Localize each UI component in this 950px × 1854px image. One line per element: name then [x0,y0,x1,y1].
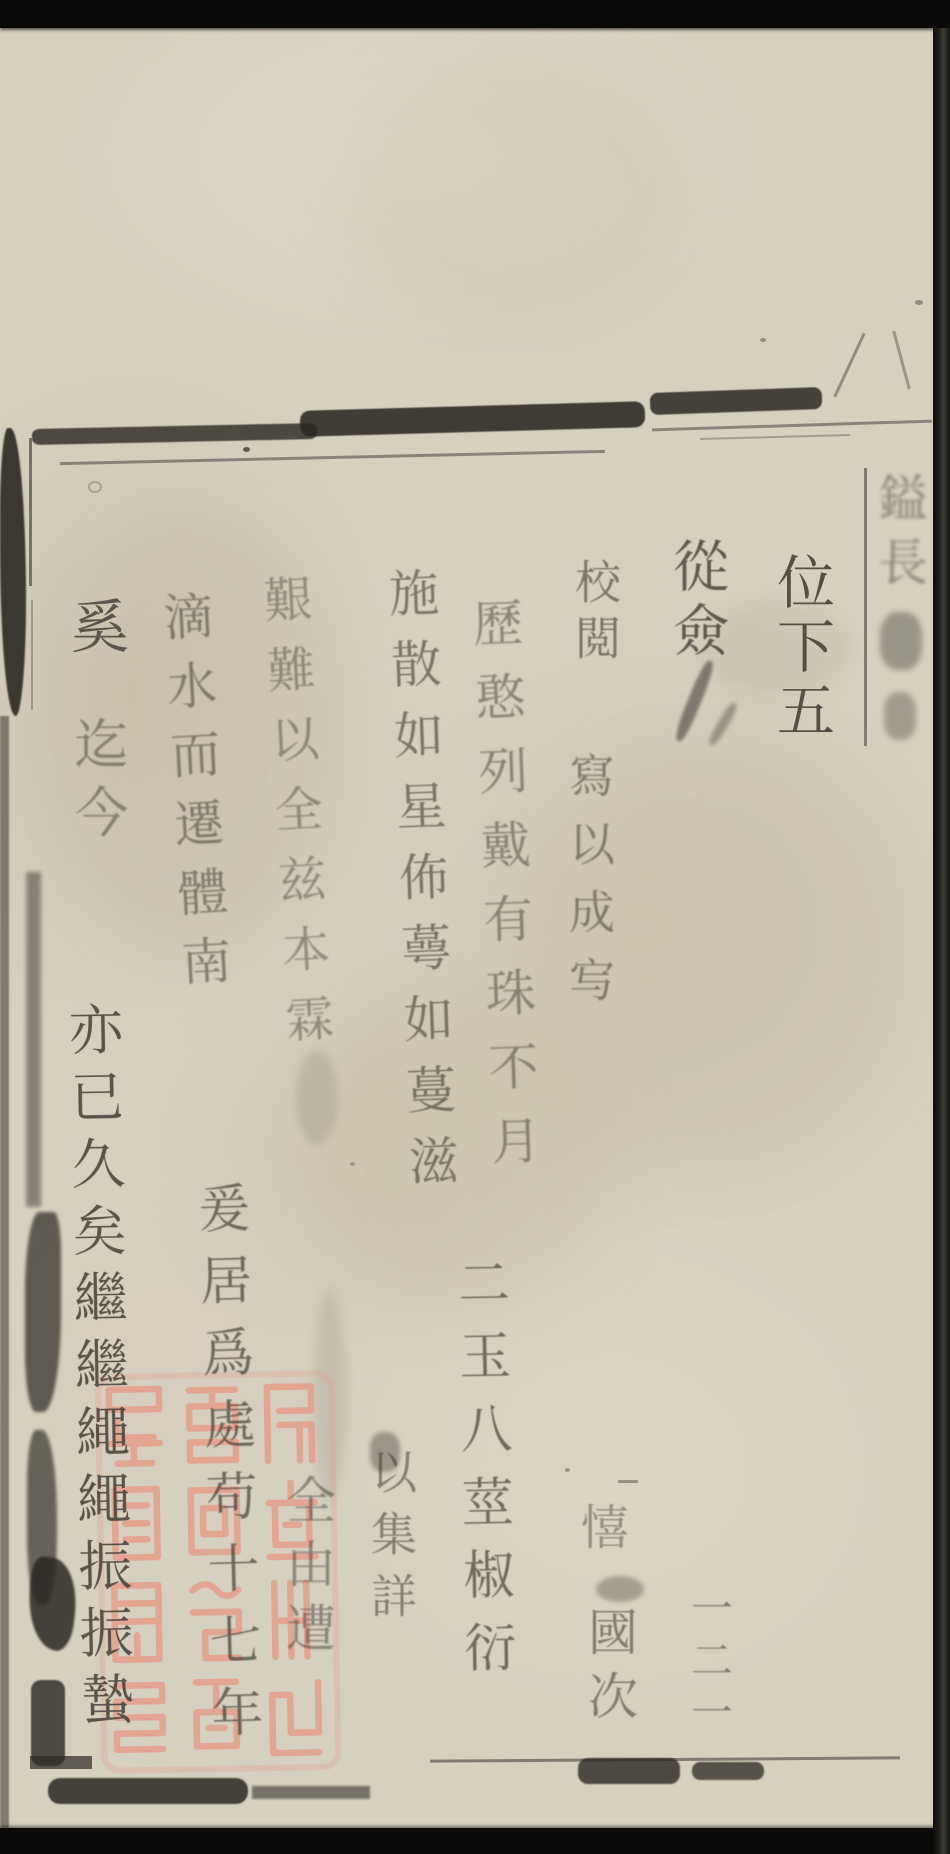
text-column-guo-ci: 國次 [584,1606,634,1734]
left-border-ink-smudge [26,872,41,1207]
text-column-yi-ji-xiang: 以集詳 [368,1448,414,1634]
ink-speck [565,1468,570,1472]
faded-character-smudge [596,1576,644,1602]
text-column-qi-jin: 迄今 [70,716,124,852]
left-border-ink-smudge [25,1212,61,1412]
bottom-border-ink-smudge [578,1758,680,1784]
text-column-quan-you-zao: 全由遭 [282,1474,332,1666]
left-frame-line [31,600,33,710]
bottom-border-ink-smudge [692,1762,764,1780]
left-corner-ink-blot [30,1756,92,1769]
left-corner-ink-blot [31,1680,65,1766]
ink-speck [350,1162,355,1166]
text-column-er-yu-ba-jing-jiao: 二玉八莖椒衍 [452,1255,512,1694]
page-number-column: 一二一 [688,1586,730,1742]
text-column-xie-yi-cheng: 寫以成㝍 [566,752,612,1024]
text-column-yuan-ju-wei-chu: 爰居爲處苟十七年 [192,1181,259,1758]
tiny-dash-mark [618,1480,638,1483]
scanned-page-photo: 鎰長 位下五 從僉 校閲 寫以成㝍 歷憨列戴有珠不月 二玉八莖椒衍 施散如星佈蕚… [0,0,950,1854]
ink-speck [760,338,766,342]
bottom-border-ink-smudge [252,1786,370,1799]
text-column-right-edge-fragment: 鎰長 [874,472,924,600]
faded-character-smudge [884,692,916,740]
ink-ring-speck [88,481,102,493]
scan-background-bottom [0,1828,950,1854]
scan-background-top [0,0,950,28]
text-column-cong-qian: 從僉 [668,537,724,665]
scan-background-right [933,28,950,1854]
right-frame-line [864,468,867,746]
text-column-xi-char: 憘 [576,1502,624,1550]
ink-speck [243,447,250,452]
text-column-jiao-yue: 校閲 [572,558,618,670]
bottom-border-ink-smudge [48,1778,248,1804]
left-edge-shadow [0,716,9,1828]
left-frame-line [29,438,32,586]
text-column-xi: 奚 [66,596,124,654]
ink-speck [915,300,923,305]
faded-character-smudge [880,612,922,670]
text-column-yi-yi-jiu-yi: 亦已久矣繼繼繩繩振振蟄 [64,1001,131,1739]
text-column-wei-xia-wu: 位下五 [772,552,830,744]
